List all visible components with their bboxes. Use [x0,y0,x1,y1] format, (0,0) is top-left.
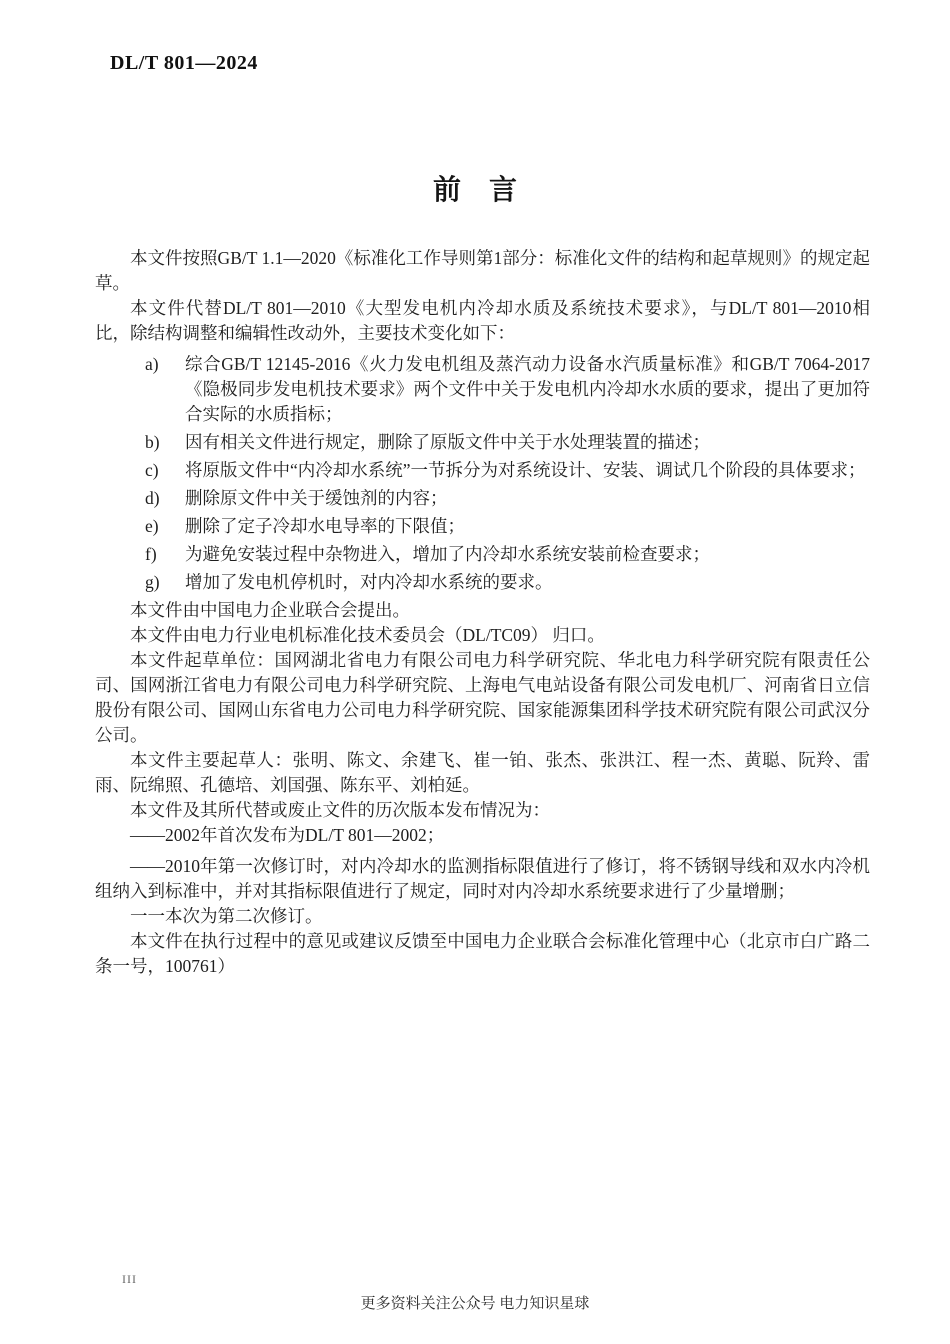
change-marker: d) [145,486,185,511]
change-text: 删除了定子冷却水电导率的下限值； [185,514,870,539]
change-marker: e) [145,514,185,539]
change-marker: f) [145,542,185,567]
change-item: d) 删除原文件中关于缓蚀剂的内容； [95,486,870,511]
change-item: g) 增加了发电机停机时，对内冷却水系统的要求。 [95,570,870,595]
history-item: ——2010年第一次修订时，对内冷却水的监测指标限值进行了修订，将不锈钢导线和双… [95,854,870,904]
change-item: f) 为避免安装过程中杂物进入，增加了内冷却水系统安装前检查要求； [95,542,870,567]
change-item: c) 将原版文件中“内冷却水系统”一节拆分为对系统设计、安装、调试几个阶段的具体… [95,458,870,483]
change-marker: c) [145,458,185,483]
change-text: 将原版文件中“内冷却水系统”一节拆分为对系统设计、安装、调试几个阶段的具体要求； [185,458,870,483]
change-text: 综合GB/T 12145-2016《火力发电机组及蒸汽动力设备水汽质量标准》和G… [185,352,870,427]
change-marker: b) [145,430,185,455]
change-text: 因有相关文件进行规定，删除了原版文件中关于水处理装置的描述； [185,430,870,455]
paragraph-proposed: 本文件由中国电力企业联合会提出。 [95,598,870,623]
history-item: ——2002年首次发布为DL/T 801—2002； [95,823,870,848]
foreword-content: 本文件按照GB/T 1.1—2020《标准化工作导则第1部分：标准化文件的结构和… [95,246,870,979]
history-item: 一一本次为第二次修订。 [95,904,870,929]
change-item: b) 因有相关文件进行规定，删除了原版文件中关于水处理装置的描述； [95,430,870,455]
change-marker: g) [145,570,185,595]
change-item: e) 删除了定子冷却水电导率的下限值； [95,514,870,539]
paragraph-centralized: 本文件由电力行业电机标准化技术委员会（DL/TC09） 归口。 [95,623,870,648]
paragraph-feedback: 本文件在执行过程中的意见或建议反馈至中国电力企业联合会标准化管理中心（北京市白广… [95,929,870,979]
paragraph-history-intro: 本文件及其所代替或废止文件的历次版本发布情况为： [95,798,870,823]
change-text: 增加了发电机停机时，对内冷却水系统的要求。 [185,570,870,595]
change-list: a) 综合GB/T 12145-2016《火力发电机组及蒸汽动力设备水汽质量标准… [95,352,870,595]
page-title: 前 言 [0,168,950,208]
doc-number: DL/T 801—2024 [110,52,258,75]
change-item: a) 综合GB/T 12145-2016《火力发电机组及蒸汽动力设备水汽质量标准… [95,352,870,427]
page-number: III [122,1272,137,1287]
paragraph-basis: 本文件按照GB/T 1.1—2020《标准化工作导则第1部分：标准化文件的结构和… [95,246,870,296]
change-text: 为避免安装过程中杂物进入，增加了内冷却水系统安装前检查要求； [185,542,870,567]
document-page: DL/T 801—2024 前 言 本文件按照GB/T 1.1—2020《标准化… [0,0,950,1344]
change-marker: a) [145,352,185,427]
footer-note: 更多资料关注公众号 电力知识星球 [0,1292,950,1313]
change-text: 删除原文件中关于缓蚀剂的内容； [185,486,870,511]
paragraph-replaces: 本文件代替DL/T 801—2010《大型发电机内冷却水质及系统技术要求》，与D… [95,296,870,346]
paragraph-drafting-units: 本文件起草单位：国网湖北省电力有限公司电力科学研究院、华北电力科学研究院有限责任… [95,648,870,748]
paragraph-drafters: 本文件主要起草人：张明、陈文、余建飞、崔一铂、张杰、张洪江、程一杰、黄聪、阮羚、… [95,748,870,798]
